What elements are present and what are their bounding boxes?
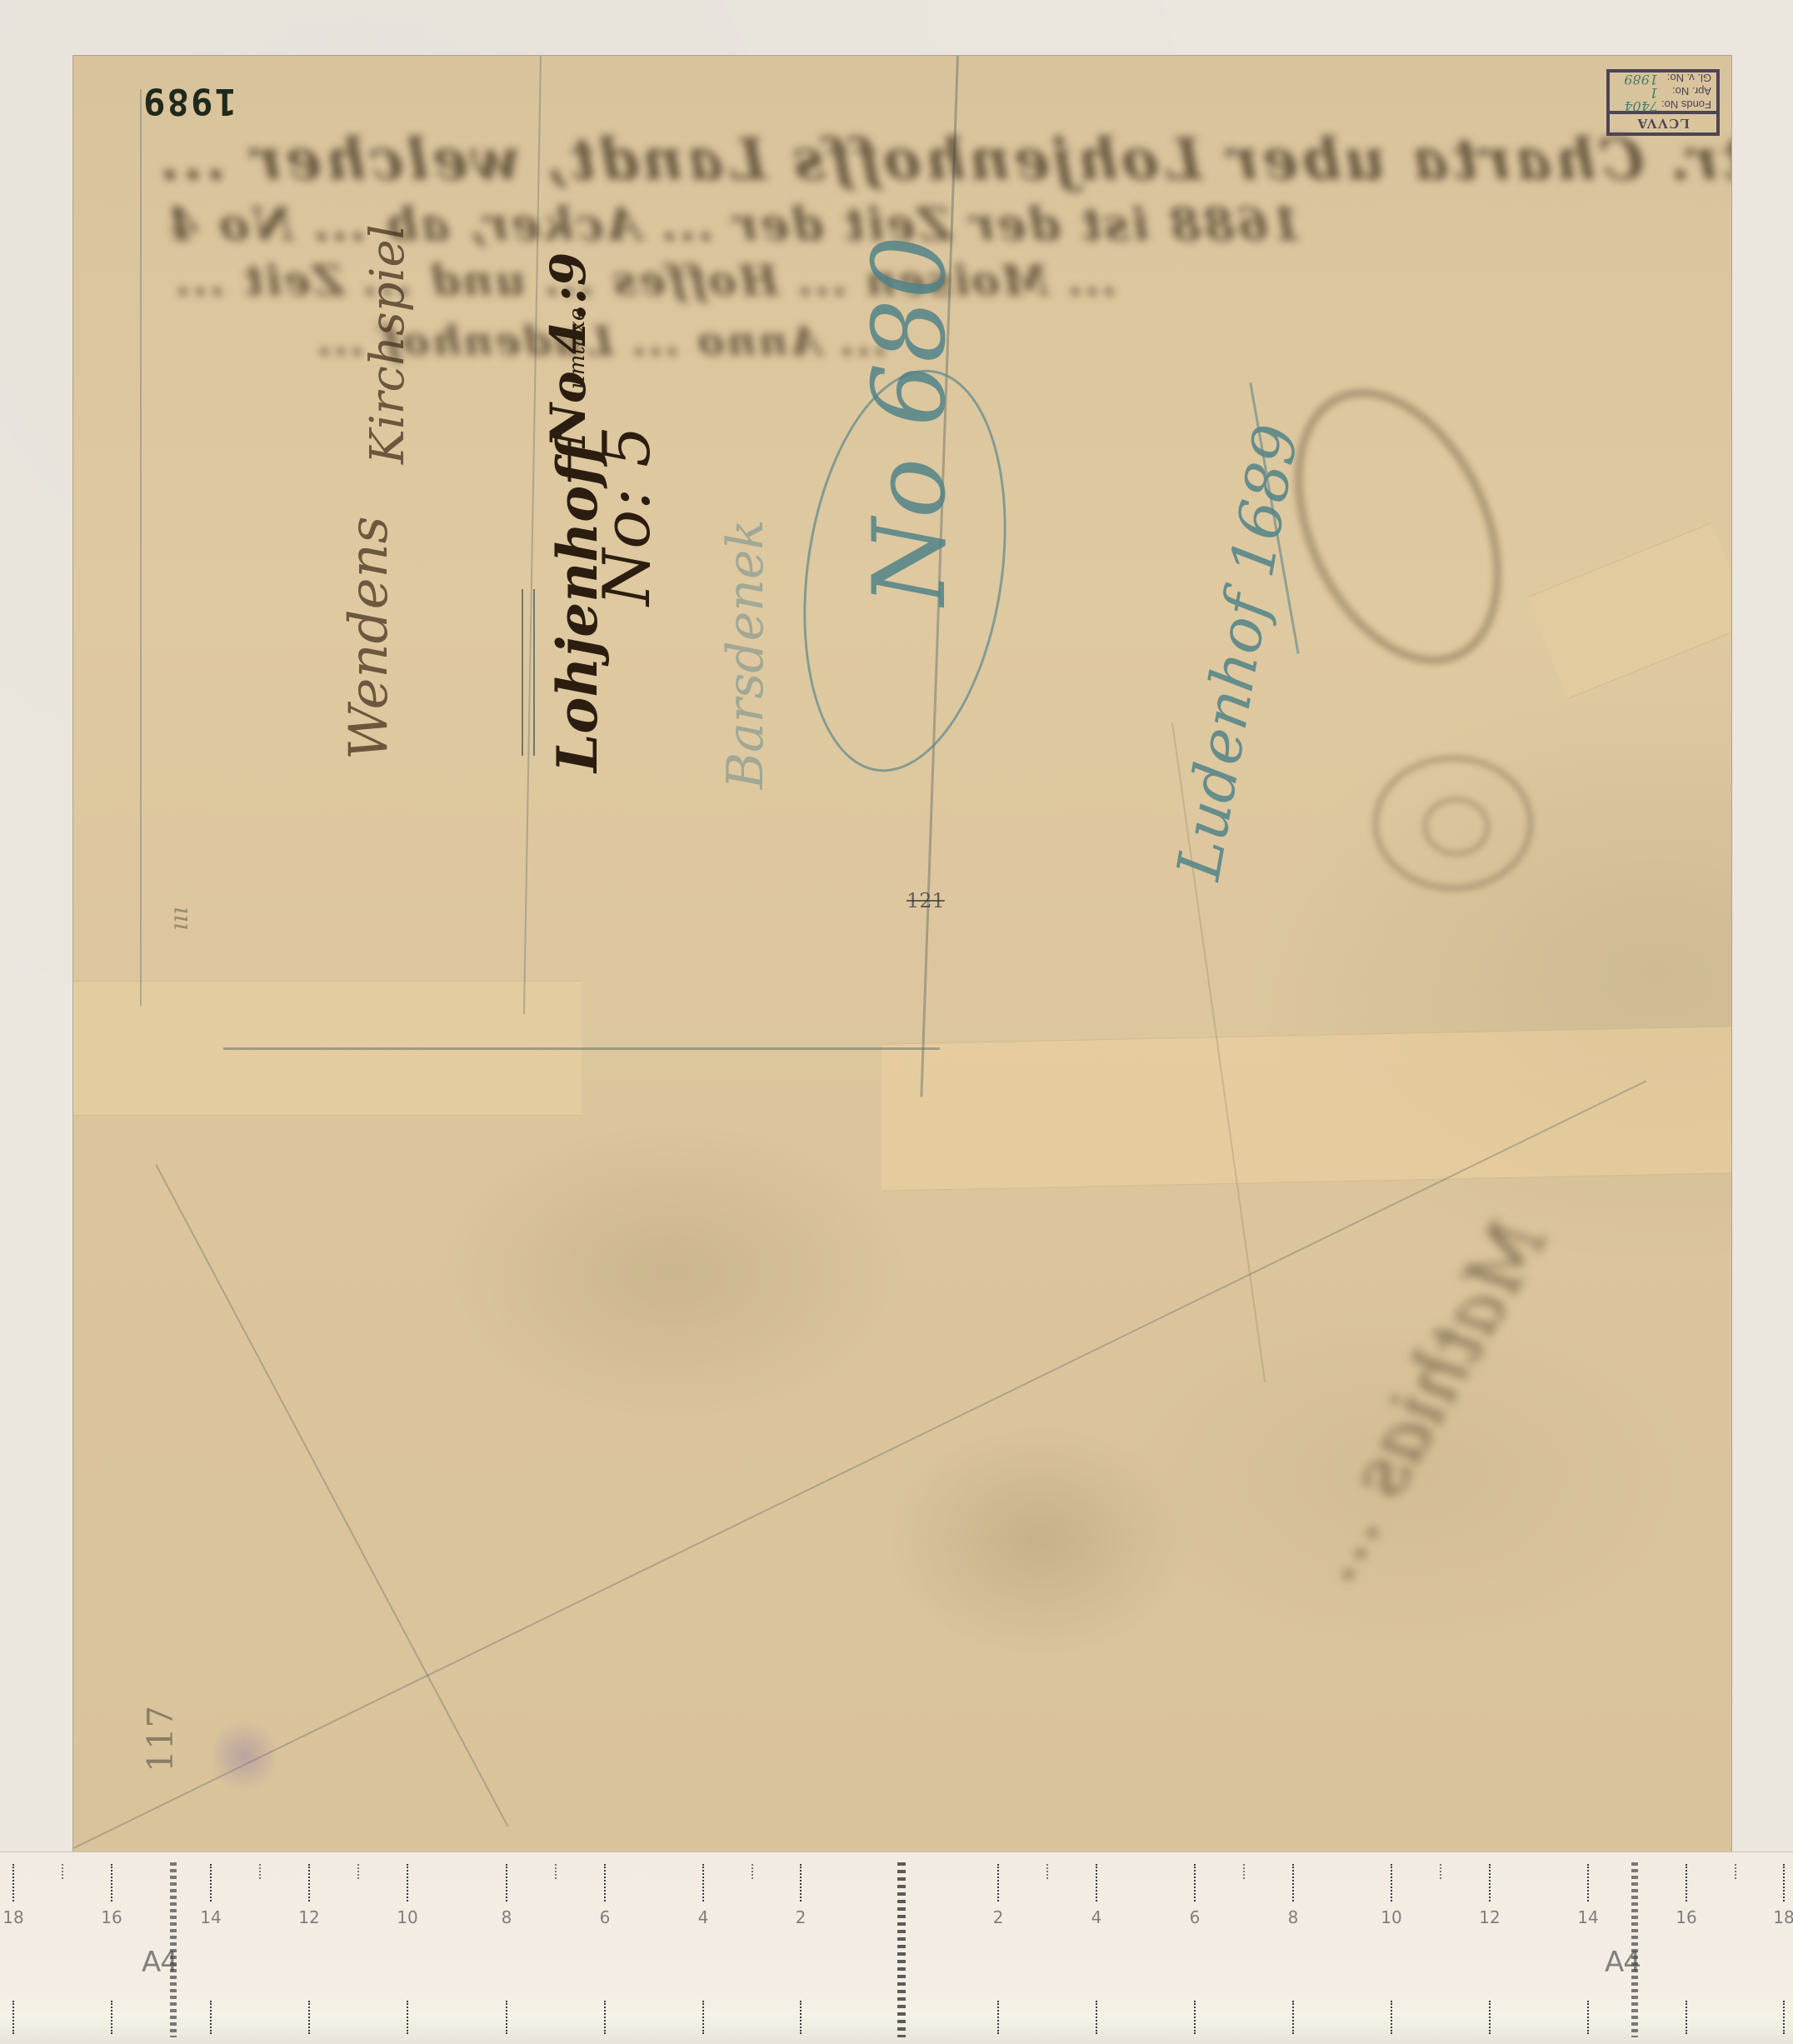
ruler-label: 14 — [1571, 1907, 1605, 1927]
archive-number: 1989 — [142, 80, 237, 122]
ruler-tick — [1391, 1864, 1392, 1902]
ruler-minor-tick — [62, 1864, 63, 1879]
ruler-tick — [111, 2001, 112, 2034]
stamp-value: 7404 — [1624, 99, 1658, 112]
ruler-label: 18 — [0, 1907, 30, 1927]
stamp-value: 1989 — [1624, 72, 1658, 86]
double-underline — [522, 589, 535, 756]
ruler-label: 6 — [588, 1907, 622, 1927]
bleed-through-text: Geometr. Charta uber Lohjenhoffs Landt, … — [157, 127, 1731, 193]
archive-stamp: LCVVA Fonds No: 7404 Apr. No: 1 Gl. v. N… — [1606, 69, 1720, 136]
bleed-through-text: 1688 ist der Zeit der ... Acker, ab ... … — [165, 197, 1302, 251]
ruler-tick — [506, 2001, 507, 2034]
ruler-tick — [702, 2001, 704, 2034]
ruler-minor-tick — [1735, 1864, 1736, 1879]
ruler-tick — [702, 1864, 704, 1902]
margin-mark: ııı — [165, 907, 194, 931]
ruler-tick — [1292, 2001, 1294, 2034]
ruler-tick — [997, 1864, 999, 1902]
ruler-tick — [1096, 2001, 1097, 2034]
bleed-through-flourish — [1423, 797, 1490, 856]
ruler-label: 14 — [194, 1907, 227, 1927]
bleed-through-text: ... Moisen ... Hoffes ... und ... Zeit .… — [173, 256, 1116, 305]
ruler-minor-tick — [357, 1864, 359, 1879]
ruler-minor-tick — [259, 1864, 261, 1879]
bleed-through-signature: Mathias ... — [1286, 1203, 1562, 1596]
ruler-minor-tick — [1243, 1864, 1245, 1879]
repair-tape — [882, 1026, 1731, 1191]
stamp-value: 1 — [1650, 86, 1658, 99]
ruler-label: 12 — [292, 1907, 326, 1927]
inscription-wendens: Wendens — [338, 516, 400, 760]
ruler-tick — [1587, 2001, 1589, 2034]
inscription-blue-number: No 680 — [852, 236, 968, 606]
ruler-center-mark — [897, 1862, 906, 2037]
ruler-tick — [407, 2001, 408, 2034]
ruler-tick — [1686, 2001, 1687, 2034]
ruler-tick — [997, 2001, 999, 2034]
ruler-minor-tick — [555, 1864, 557, 1879]
ruler-label: 4 — [1080, 1907, 1113, 1927]
ruler-label: 18 — [1767, 1907, 1793, 1927]
stamp-label: Gl. v. No: — [1667, 72, 1711, 84]
ruler-tick — [12, 1864, 14, 1902]
ruler-tick — [308, 2001, 310, 2034]
pencil-line — [223, 1047, 940, 1050]
pencil-number: 121 — [906, 889, 945, 912]
ruler-tick — [111, 1864, 112, 1902]
ruler-label: 12 — [1473, 1907, 1506, 1927]
ruler-tick — [506, 1864, 507, 1902]
inscription-kirchspiel: Kirchspiel — [361, 225, 415, 465]
ruler-label: 8 — [490, 1907, 523, 1927]
ruler-label: 2 — [784, 1907, 817, 1927]
inscription-umtaxe: umtaxe — [565, 308, 590, 389]
ruler-tick — [210, 1864, 212, 1902]
repair-tape — [1526, 522, 1731, 699]
ruler-tick — [210, 2001, 212, 2034]
ruler-tick — [1783, 1864, 1785, 1902]
pencil-line — [155, 1164, 508, 1827]
ruler-minor-tick — [1440, 1864, 1441, 1879]
ruler-format-label: A4 — [142, 1946, 177, 1979]
pencil-line — [140, 89, 142, 1006]
ruler-tick — [604, 1864, 606, 1902]
stamp-row-glv: Gl. v. No: 1989 — [1610, 71, 1716, 84]
ruler-label: 4 — [687, 1907, 720, 1927]
ruler-tick — [1292, 1864, 1294, 1902]
margin-mark: 117 — [140, 1706, 181, 1772]
ruler-tick — [1489, 1864, 1491, 1902]
ruler-format-label: A4 — [1605, 1946, 1641, 1979]
ruler-minor-tick — [1046, 1864, 1048, 1879]
ruler-label: 10 — [391, 1907, 424, 1927]
stamp-label: Apr. No: — [1672, 85, 1711, 97]
ruler-label: 16 — [95, 1907, 128, 1927]
ruler-label: 2 — [981, 1907, 1015, 1927]
ruler-tick — [1587, 1864, 1589, 1902]
paper-sheet: Geometr. Charta uber Lohjenhoffs Landt, … — [73, 56, 1731, 1852]
ruler-minor-tick — [752, 1864, 753, 1879]
ruler-label: 16 — [1670, 1907, 1703, 1927]
ruler-tick — [1783, 2001, 1785, 2034]
ruler-tick — [308, 1864, 310, 1902]
inscription-number-5: No: 5 — [590, 426, 665, 606]
ruler-tick — [604, 2001, 606, 2034]
ruler-tick — [1194, 1864, 1196, 1902]
ruler-tick — [407, 1864, 408, 1902]
ruler-tick — [1194, 2001, 1196, 2034]
inscription-barsdenek: Barsdenek — [717, 519, 775, 789]
ruler-label: 10 — [1375, 1907, 1408, 1927]
ruler-tick — [1686, 1864, 1687, 1902]
ruler-label: 6 — [1178, 1907, 1211, 1927]
ink-smudge — [215, 1714, 273, 1797]
scale-ruler: A4 A4 18 16 14 12 10 8 6 4 2 2 4 6 8 10 … — [0, 1852, 1793, 2044]
ruler-tick — [1096, 1864, 1097, 1902]
inscription-ludenhof: Ludenhof 1689 — [1163, 420, 1312, 885]
ruler-label: 8 — [1276, 1907, 1310, 1927]
ruler-tick — [1391, 2001, 1392, 2034]
stamp-label: Fonds No: — [1661, 98, 1711, 111]
stamp-row-fonds: Fonds No: 7404 — [1610, 97, 1716, 111]
ruler-tick — [12, 2001, 14, 2034]
ruler-tick — [800, 2001, 802, 2034]
ruler-tick — [1489, 2001, 1491, 2034]
ruler-tick — [800, 1864, 802, 1902]
